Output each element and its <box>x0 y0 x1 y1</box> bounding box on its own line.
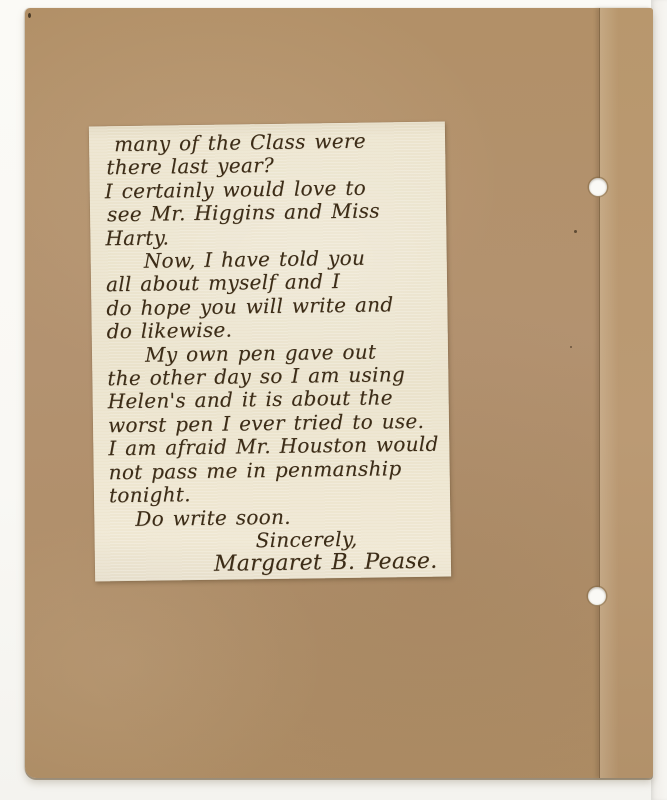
letter-signature-line: Margaret B. Pease. <box>214 550 443 577</box>
scan-background-right-strip <box>651 0 667 800</box>
scanned-scrapbook-photo: many of the Class were there last year? … <box>0 0 667 800</box>
letter-line: do hope you will write and <box>106 292 439 320</box>
punch-hole-bottom <box>588 587 606 605</box>
scrapbook-page: many of the Class were there last year? … <box>25 8 653 778</box>
paper-speck <box>570 346 572 348</box>
letter-line: not pass me in penmanship <box>109 456 442 484</box>
paper-speck <box>574 230 577 233</box>
letter-text: many of the Class were there last year? … <box>89 122 451 579</box>
pasted-letter: many of the Class were there last year? … <box>89 122 451 582</box>
page-fold-flap <box>599 8 653 778</box>
punch-hole-top <box>589 178 607 196</box>
paper-speck <box>28 13 31 18</box>
